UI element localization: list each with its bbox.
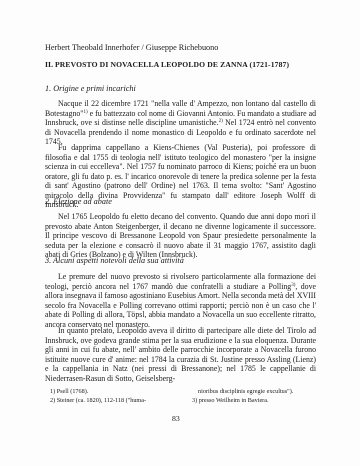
paragraph-text: Nel 1765 Leopoldo fu eletto decano del c…	[45, 212, 316, 260]
page-number: 83	[172, 414, 180, 423]
paragraph-3: Nel 1765 Leopoldo fu eletto decano del c…	[45, 212, 316, 260]
paragraph-text: In quanto prelato, Leopoldo aveva il dir…	[45, 326, 316, 383]
paragraph-5: In quanto prelato, Leopoldo aveva il dir…	[45, 326, 316, 383]
section-heading-3: 3. Alcuni aspetti notevoli della sua att…	[45, 256, 316, 266]
document-page: Herbert Theobald Innerhofer / Giuseppe R…	[0, 0, 360, 466]
section-heading-2: 2. Elezione ad abate	[45, 197, 316, 207]
section-heading-1: 1. Origine e primi incarichi	[45, 84, 316, 94]
article-title: IL PREVOSTO DI NOVACELLA LEOPOLDO DE ZAN…	[45, 60, 316, 70]
paragraph-text: Le premure del nuovo prevosto si rivolse…	[45, 272, 316, 291]
footnotes-left-column: 1) Psell (1768). 2) Steiner (ca. 1820), …	[50, 388, 146, 405]
paragraph-4: Le premure del nuovo prevosto si rivolse…	[45, 272, 316, 329]
footnote-2-continuation: nioribus disciplinis egregie excultus").	[192, 388, 293, 397]
footnote-2: 2) Steiner (ca. 1820), 112-118 ("huma-	[50, 397, 146, 406]
author-line: Herbert Theobald Innerhofer / Giuseppe R…	[45, 43, 316, 53]
footnotes-right-column: nioribus disciplinis egregie excultus").…	[192, 388, 293, 405]
footnote-3: 3) presso Weilheim in Baviera.	[192, 397, 293, 406]
footnote-1: 1) Psell (1768).	[50, 388, 146, 397]
paragraph-1: Nacque il 22 dicembre 1721 "nella valle …	[45, 99, 316, 147]
